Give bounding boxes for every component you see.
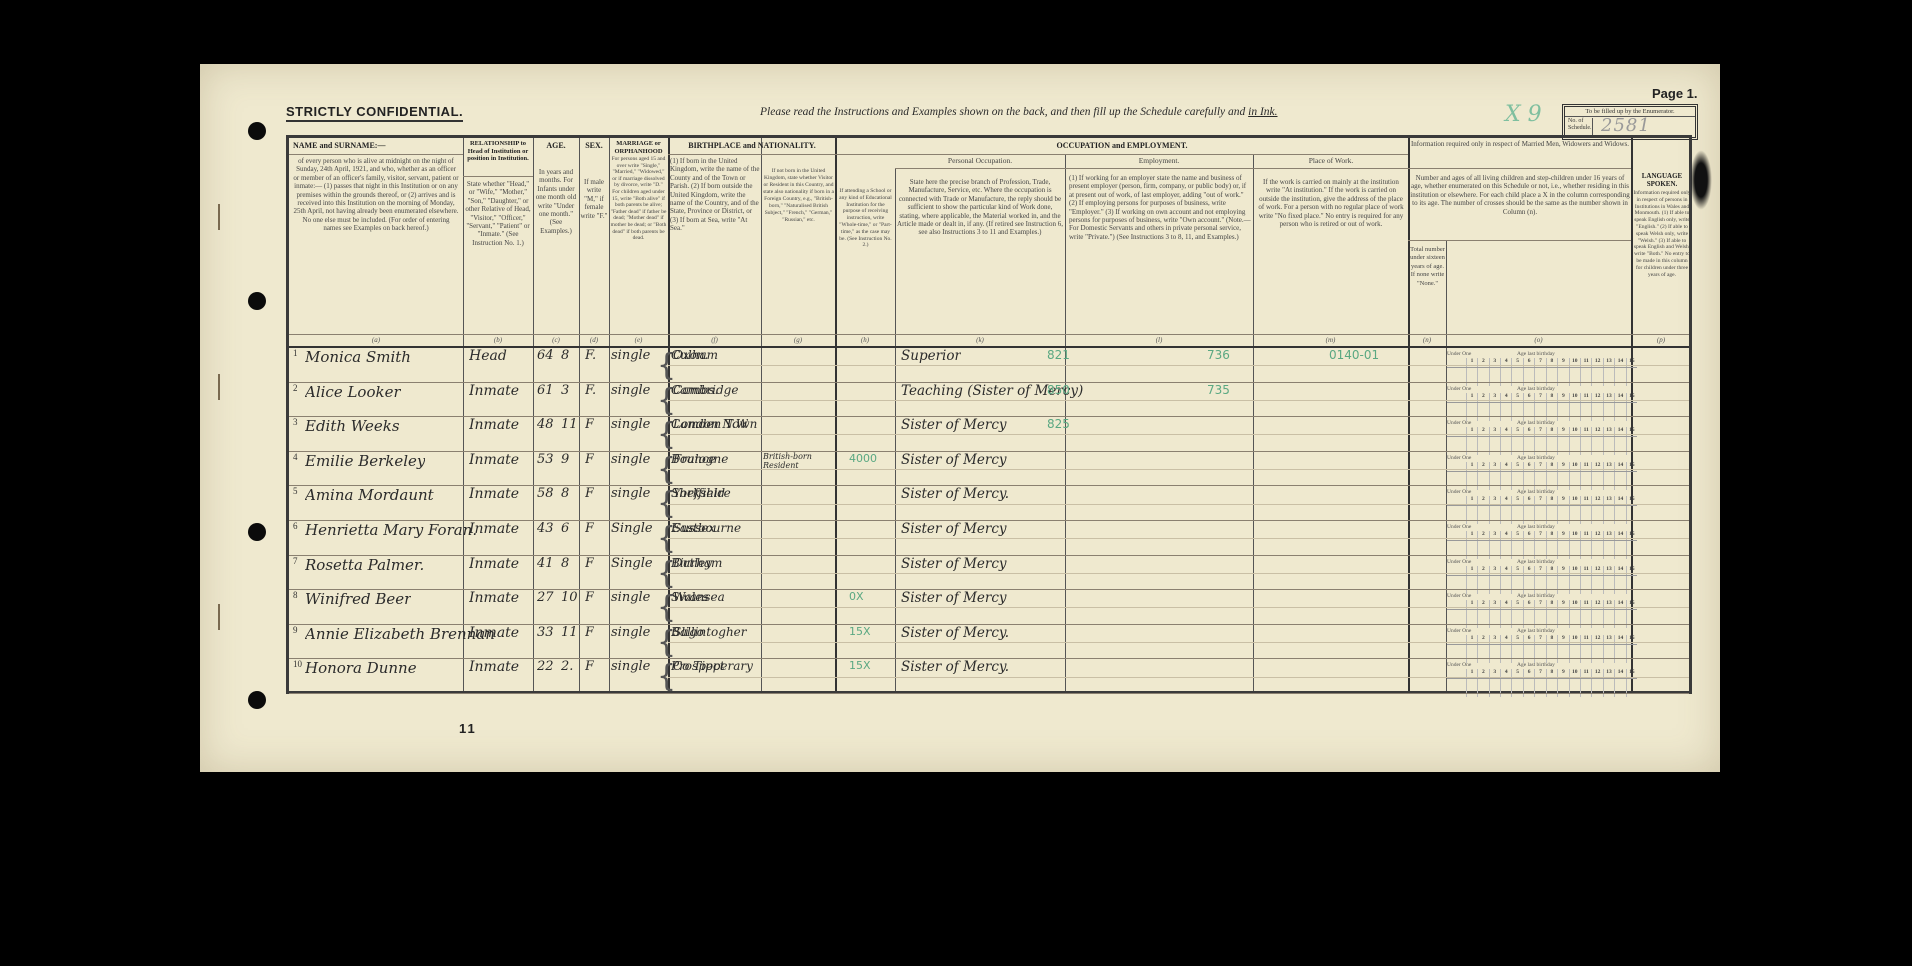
col-letter-n: (n): [1408, 336, 1446, 344]
sex: F.: [585, 383, 596, 398]
row-number: 1: [293, 348, 298, 358]
age-last-birthday-label: Age last birthday: [1517, 455, 1555, 461]
row-number: 7: [293, 556, 298, 566]
relationship: Inmate: [469, 625, 519, 641]
age-last-birthday-label: Age last birthday: [1517, 489, 1555, 495]
age-months: 6: [561, 521, 569, 536]
under-one-label: Under One: [1447, 420, 1471, 426]
relationship: Inmate: [469, 417, 519, 433]
birthplace-code-annotation: 0X: [849, 590, 864, 603]
col-letter-f: (f): [668, 336, 761, 344]
under-one-label: Under One: [1447, 559, 1471, 565]
marital-status: single: [611, 590, 650, 605]
marital-status: Single: [611, 556, 653, 571]
header-name-title: NAME and SURNAME:—: [293, 142, 459, 150]
header-language-title: LANGUAGE SPOKEN.: [1633, 172, 1691, 189]
age-months: 8: [561, 556, 569, 571]
marital-status: single: [611, 486, 650, 501]
schedule-number-value: 2581: [1601, 115, 1651, 136]
header-age-body: In years and months. For Infants under o…: [535, 168, 577, 235]
header-place-of-work-title: Place of Work.: [1255, 157, 1407, 165]
age-years: 27: [537, 590, 554, 605]
instructions-emphasis: in Ink.: [1248, 106, 1277, 118]
place-code-annotation: 0140-01: [1329, 348, 1379, 362]
age-last-birthday-label: Age last birthday: [1517, 593, 1555, 599]
relationship: Inmate: [469, 486, 519, 502]
sex: F.: [585, 348, 596, 363]
personal-occupation: Sister of Mercy.: [901, 625, 1009, 641]
header-rule: [289, 154, 463, 155]
birthplace-line-2: Oxon.: [673, 348, 708, 362]
age-years: 48: [537, 417, 554, 432]
header-employment-title: Employment.: [1067, 157, 1251, 165]
col-letter-d: (d): [579, 336, 609, 344]
age-months: 9: [561, 452, 569, 467]
table-row: 8 Winifred Beer Inmate 27 10 F single { …: [289, 590, 1689, 625]
person-name: Edith Weeks: [305, 417, 400, 435]
row-ruling: [668, 573, 1689, 574]
binding-mark: [218, 374, 220, 400]
row-number: 8: [293, 590, 298, 600]
personal-occupation: Sister of Mercy: [901, 521, 1007, 537]
header-name-body: of every person who is alive at midnight…: [293, 157, 459, 233]
row-ruling: [668, 504, 1689, 505]
census-schedule-page: STRICTLY CONFIDENTIAL. Please read the I…: [200, 64, 1720, 772]
personal-occupation: Sister of Mercy.: [901, 659, 1009, 675]
col-letter-b: (b): [463, 336, 533, 344]
col-letter-k: (k): [895, 336, 1065, 344]
header-rule: [895, 168, 1408, 169]
row-ruling: [668, 365, 1689, 366]
age-months: 8: [561, 348, 569, 363]
header-place-of-work-body: If the work is carried on mainly at the …: [1257, 178, 1405, 228]
occupation-code-annotation: 825: [1047, 417, 1070, 431]
table-row: 2 Alice Looker Inmate 61 3 F. single { C…: [289, 383, 1689, 418]
personal-occupation: Sister of Mercy: [901, 556, 1007, 572]
instructions-text: Please read the Instructions and Example…: [760, 106, 1248, 118]
header-sex-title: SEX.: [580, 142, 608, 150]
relationship: Inmate: [469, 659, 519, 675]
age-months: 10: [561, 590, 578, 605]
table-row: 10 Honora Dunne Inmate 22 2. F single { …: [289, 659, 1689, 694]
age-last-birthday-label: Age last birthday: [1517, 386, 1555, 392]
age-months: 11: [561, 417, 578, 432]
birthplace-line-2: Sussex: [673, 521, 715, 535]
table-row: 5 Amina Mordaunt Inmate 58 8 F single { …: [289, 486, 1689, 521]
nationality: British-born Resident: [763, 452, 829, 470]
col-letter-g: (g): [761, 336, 835, 344]
header-occupation-group-title: OCCUPATION and EMPLOYMENT.: [837, 142, 1407, 150]
marital-status: single: [611, 625, 650, 640]
punch-hole: [248, 523, 266, 541]
row-ruling: [668, 677, 1689, 678]
row-ruling: [668, 469, 1689, 470]
header-education-body: If attending a School or any kind of Edu…: [837, 188, 894, 249]
col-letter-o: (o): [1446, 336, 1631, 344]
header-personal-occupation-body: State here the precise branch of Profess…: [897, 178, 1063, 237]
personal-occupation: Sister of Mercy: [901, 452, 1007, 468]
birthplace-line-2: Cambs.: [673, 383, 718, 397]
header-employment-body: (1) If working for an employer state the…: [1069, 174, 1251, 241]
punch-hole: [248, 691, 266, 709]
header-children-title: Information required only in respect of …: [1410, 140, 1630, 148]
age-years: 53: [537, 452, 554, 467]
row-number: 4: [293, 452, 298, 462]
under-one-label: Under One: [1447, 628, 1471, 634]
marital-status: single: [611, 659, 650, 674]
age-months: 3: [561, 383, 569, 398]
personal-occupation: Sister of Mercy.: [901, 486, 1009, 502]
row-number: 3: [293, 417, 298, 427]
header-relationship-title: RELATIONSHIP to Head of Institution or p…: [465, 140, 531, 163]
under-one-label: Under One: [1447, 593, 1471, 599]
marital-status: single: [611, 348, 650, 363]
age-years: 33: [537, 625, 554, 640]
census-table: NAME and SURNAME:— of every person who i…: [286, 135, 1692, 694]
person-name: Annie Elizabeth Brennan: [305, 625, 495, 643]
row-number: 6: [293, 521, 298, 531]
person-name: Monica Smith: [305, 348, 411, 366]
col-letter-h: (h): [835, 336, 895, 344]
employment-code-annotation: 736: [1207, 348, 1230, 362]
punch-hole: [248, 292, 266, 310]
relationship: Inmate: [469, 556, 519, 572]
occupation-code-annotation: 850: [1047, 383, 1070, 397]
row-ruling: [668, 400, 1689, 401]
birthplace-line-2: France: [673, 452, 716, 466]
row-number: 5: [293, 486, 298, 496]
header-relationship-body: State whether "Head," or "Wife," "Mother…: [465, 180, 531, 247]
table-row: 6 Henrietta Mary Foran. Inmate 43 6 F Si…: [289, 521, 1689, 556]
table-row: 9 Annie Elizabeth Brennan Inmate 33 11 F…: [289, 625, 1689, 660]
header-rule: [835, 154, 1408, 155]
table-row: 7 Rosetta Palmer. Inmate 41 8 F Single {…: [289, 556, 1689, 591]
birthplace-code-annotation: 15X: [849, 625, 871, 638]
birthplace-line-2: Yorkshire: [673, 486, 731, 500]
personal-occupation: Superior: [901, 348, 961, 364]
birthplace-line-2: Co Tipperary: [673, 659, 753, 673]
under-one-label: Under One: [1447, 524, 1471, 530]
header-language-body: Information required only in respect of …: [1633, 190, 1691, 278]
birthplace-line-2: Sligo: [673, 625, 704, 639]
age-last-birthday-label: Age last birthday: [1517, 662, 1555, 668]
employment-code-annotation: 735: [1207, 383, 1230, 397]
relationship: Inmate: [469, 452, 519, 468]
under-one-label: Under One: [1447, 489, 1471, 495]
under-one-label: Under One: [1447, 455, 1471, 461]
header-rule: [1408, 240, 1631, 241]
header-marriage-body: For persons aged 15 and over write "Sing…: [610, 156, 667, 242]
binding-mark: [218, 204, 220, 230]
person-name: Rosetta Palmer.: [305, 556, 424, 574]
row-ruling: [668, 607, 1689, 608]
relationship: Inmate: [469, 590, 519, 606]
header-rule: [463, 176, 533, 177]
person-name: Winifred Beer: [305, 590, 411, 608]
birthplace-code-annotation: 4000: [849, 452, 877, 465]
sex: F: [585, 486, 594, 501]
col-letter-c: (c): [533, 336, 579, 344]
age-months: 11: [561, 625, 578, 640]
under-one-label: Under One: [1447, 351, 1471, 357]
row-divider: [289, 693, 1689, 694]
age-months: 2.: [561, 659, 573, 674]
page-label: Page 1.: [1652, 86, 1698, 101]
header-personal-occupation-title: Personal Occupation.: [897, 157, 1063, 165]
marital-status: single: [611, 452, 650, 467]
age-years: 58: [537, 486, 554, 501]
table-row: 3 Edith Weeks Inmate 48 11 F single { Ca…: [289, 417, 1689, 452]
person-name: Amina Mordaunt: [305, 486, 434, 504]
row-number: 10: [293, 659, 302, 669]
person-name: Henrietta Mary Foran.: [305, 521, 477, 539]
age-years: 22: [537, 659, 554, 674]
person-name: Emilie Berkeley: [305, 452, 425, 470]
binding-mark: [218, 604, 220, 630]
sex: F: [585, 590, 594, 605]
age-last-birthday-label: Age last birthday: [1517, 524, 1555, 530]
personal-occupation: Sister of Mercy: [901, 590, 1007, 606]
row-ruling: [668, 642, 1689, 643]
header-rule: [1408, 168, 1631, 169]
birthplace-line-2: Wales: [673, 590, 709, 604]
punch-hole: [248, 122, 266, 140]
col-letter-m: (m): [1253, 336, 1408, 344]
col-letter-e: (e): [609, 336, 668, 344]
row-number: 2: [293, 383, 298, 393]
header-children-body: Number and ages of all living children a…: [1410, 174, 1630, 216]
header-rule: [668, 154, 835, 155]
marital-status: single: [611, 417, 650, 432]
header-birthplace-body: (1) If born in the United Kingdom, write…: [670, 157, 760, 233]
sex: F: [585, 659, 594, 674]
document-title: STRICTLY CONFIDENTIAL.: [286, 104, 463, 122]
row-ruling: [668, 538, 1689, 539]
row-ruling: [668, 434, 1689, 435]
relationship: Head: [469, 348, 507, 364]
row-number: 9: [293, 625, 298, 635]
header-birthplace-title: BIRTHPLACE and NATIONALITY.: [670, 142, 834, 150]
birthplace-line-2: Durham: [673, 556, 722, 570]
age-years: 64: [537, 348, 554, 363]
birthplace-code-annotation: 15X: [849, 659, 871, 672]
page-footer-mark: 11: [459, 721, 477, 736]
age-years: 41: [537, 556, 554, 571]
age-last-birthday-label: Age last birthday: [1517, 559, 1555, 565]
col-letter-p: (p): [1631, 336, 1691, 344]
instructions-line: Please read the Instructions and Example…: [760, 106, 1278, 118]
pencil-annotation: X 9: [1505, 102, 1542, 127]
relationship: Inmate: [469, 521, 519, 537]
under-one-label: Under One: [1447, 386, 1471, 392]
age-months: 8: [561, 486, 569, 501]
table-row: 1 Monica Smith Head 64 8 F. single { Cul…: [289, 348, 1689, 383]
person-name: Alice Looker: [305, 383, 401, 401]
col-letter-l: (l): [1065, 336, 1253, 344]
header-rule: [289, 334, 1689, 335]
person-name: Honora Dunne: [305, 659, 417, 677]
birthplace-line-2: London N.W: [673, 417, 748, 431]
marital-status: Single: [611, 521, 653, 536]
relationship: Inmate: [469, 383, 519, 399]
header-age-title: AGE.: [535, 142, 577, 150]
age-years: 43: [537, 521, 554, 536]
sex: F: [585, 417, 594, 432]
header-nationality-body: If not born in the United Kingdom, state…: [763, 168, 834, 224]
under-one-label: Under One: [1447, 662, 1471, 668]
header-marriage-title: MARRIAGE or ORPHANHOOD: [610, 140, 667, 155]
header-total-under-16-body: Total number under sixteen years of age.…: [1410, 246, 1445, 288]
schedule-number-label: No. of Schedule.: [1568, 118, 1593, 135]
age-last-birthday-label: Age last birthday: [1517, 628, 1555, 634]
age-years: 61: [537, 383, 554, 398]
sex: F: [585, 625, 594, 640]
sex: F: [585, 521, 594, 536]
edge-stain: [1690, 150, 1712, 210]
header-sex-body: If male write "M," if female write "F.": [580, 178, 608, 220]
sex: F: [585, 452, 594, 467]
personal-occupation: Sister of Mercy: [901, 417, 1007, 433]
occupation-code-annotation: 821: [1047, 348, 1070, 362]
age-last-birthday-label: Age last birthday: [1517, 351, 1555, 357]
col-letter-a: (a): [289, 336, 463, 344]
table-row: 4 Emilie Berkeley Inmate 53 9 F single {…: [289, 452, 1689, 487]
age-last-birthday-label: Age last birthday: [1517, 420, 1555, 426]
marital-status: single: [611, 383, 650, 398]
sex: F: [585, 556, 594, 571]
